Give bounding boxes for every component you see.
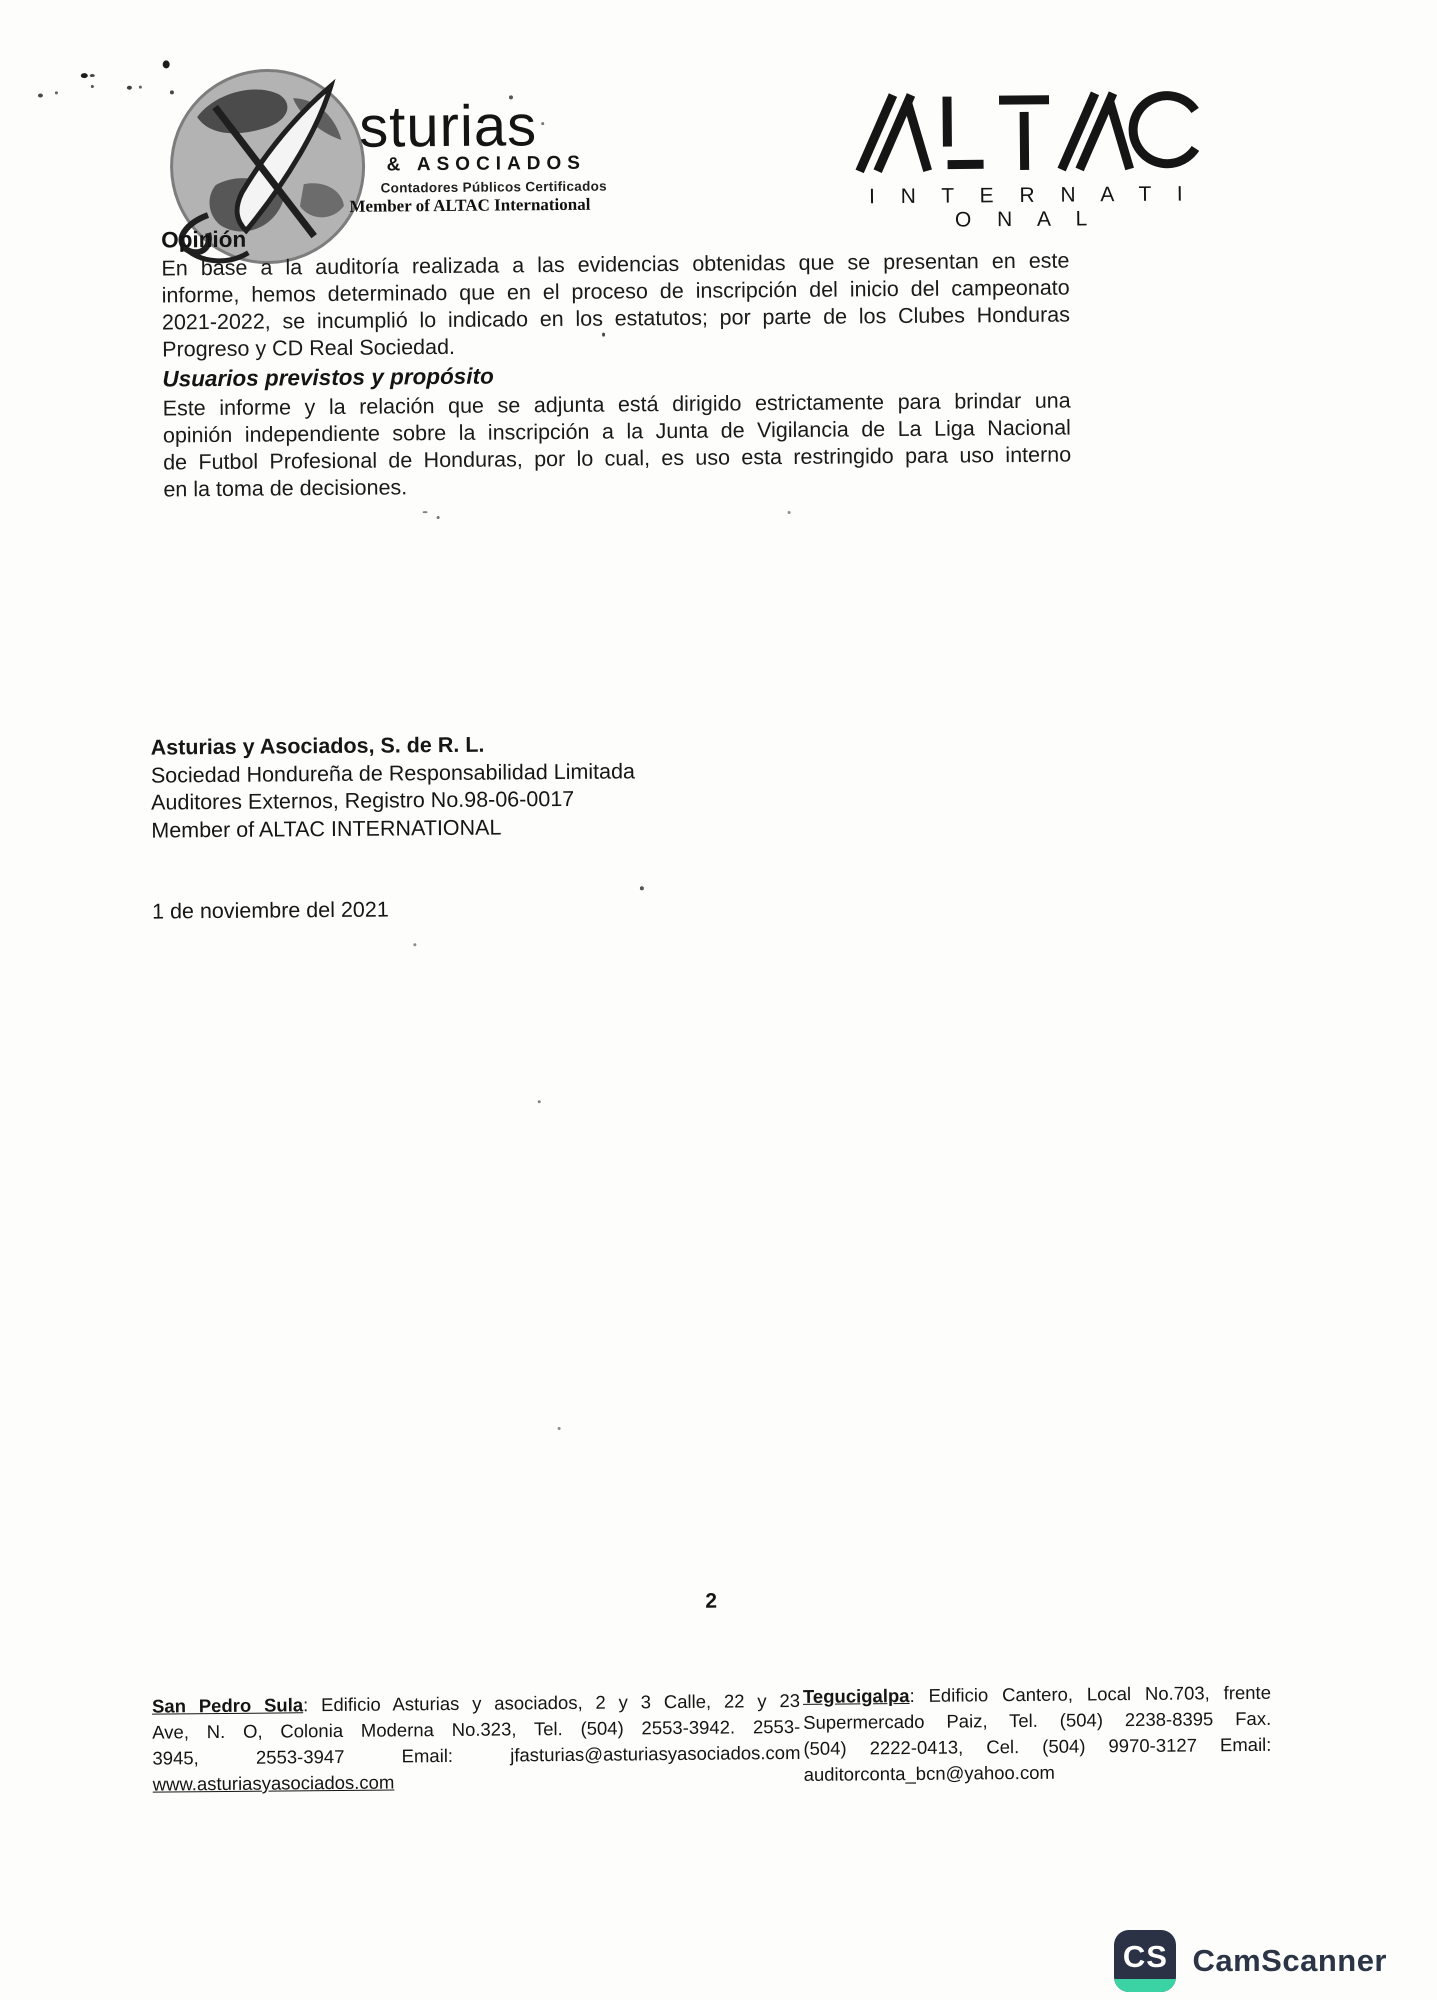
- footer-line: Tegucigalpa: Edificio Cantero, Local No.…: [803, 1680, 1271, 1710]
- scan-speck: [437, 516, 440, 519]
- scan-speck: [127, 86, 132, 90]
- signature-firm-name: Asturias y Asociados, S. de R. L.: [151, 730, 635, 762]
- asturias-tagline: Contadores Públicos Certificados: [344, 178, 644, 196]
- footer-city-label: Tegucigalpa: [803, 1685, 910, 1707]
- scan-speck: [541, 122, 544, 125]
- scan-speck: [38, 93, 43, 97]
- document-scan: sturias & ASOCIADOS Contadores Públicos …: [0, 0, 1437, 2000]
- document-date: 1 de noviembre del 2021: [152, 898, 389, 925]
- usuarios-heading: Usuarios previstos y propósito: [162, 364, 494, 393]
- website-url: www.asturiasyasociados.com: [153, 1771, 395, 1794]
- scan-speck: [788, 511, 791, 514]
- scan-speck: [558, 1427, 561, 1430]
- footer-tegucigalpa: Tegucigalpa: Edificio Cantero, Local No.…: [803, 1680, 1272, 1788]
- opinion-heading: Opinión: [161, 227, 246, 254]
- asturias-subtitle: & ASOCIADOS: [386, 153, 586, 177]
- camscanner-icon-accent-strip: [1114, 1979, 1176, 1992]
- camscanner-icon-text: CS: [1114, 1930, 1176, 1984]
- scan-speck: [91, 85, 94, 88]
- signature-line: Auditores Externos, Registro No.98-06-00…: [151, 785, 635, 817]
- scanned-document-page: { "header": { "asturias": { "wordmark": …: [0, 0, 1437, 2000]
- footer-city-label: San Pedro Sula: [152, 1694, 303, 1716]
- scan-speck: [139, 86, 142, 89]
- asturias-membership: Member of ALTAC International: [290, 194, 650, 217]
- camscanner-label: CamScanner: [1192, 1943, 1387, 1979]
- altac-logo-icon: [851, 84, 1200, 177]
- scan-speck: [55, 91, 58, 94]
- camscanner-badge: CS CamScanner: [1114, 1928, 1387, 1994]
- signature-line: Sociedad Hondureña de Responsabilidad Li…: [151, 758, 635, 790]
- scan-speck: [90, 74, 95, 77]
- footer-line: (504) 2222-0413, Cel. (504) 9970-3127 Em…: [803, 1732, 1271, 1762]
- footer-line: Supermercado Paiz, Tel. (504) 2238-8395 …: [803, 1706, 1271, 1736]
- camscanner-icon: CS: [1114, 1930, 1176, 1992]
- footer-text: : Edificio Asturias y asociados, 2 y 3 C…: [303, 1690, 800, 1715]
- signature-block: Asturias y Asociados, S. de R. L. Socied…: [151, 730, 636, 844]
- scan-speck: [423, 511, 428, 513]
- scan-speck: [640, 886, 644, 890]
- footer-email: auditorconta_bcn@yahoo.com: [804, 1758, 1272, 1788]
- footer-website: www.asturiasyasociados.com: [153, 1766, 801, 1798]
- scan-speck: [538, 1100, 541, 1103]
- altac-subtitle: I N T E R N A T I O N A L: [840, 182, 1212, 233]
- scan-speck: [413, 943, 416, 946]
- asturias-wordmark: sturias: [359, 92, 537, 161]
- footer-san-pedro-sula: San Pedro Sula: Edificio Asturias y asoc…: [152, 1688, 801, 1798]
- signature-line: Member of ALTAC INTERNATIONAL: [151, 813, 635, 845]
- footer-text: : Edificio Cantero, Local No.703, frente: [909, 1682, 1271, 1706]
- opinion-paragraph: En base a la auditoría realizada a las e…: [161, 248, 1070, 364]
- usuarios-paragraph: Este informe y la relación que se adjunt…: [163, 388, 1072, 504]
- page-number: 2: [696, 1590, 726, 1614]
- scan-speck: [81, 73, 88, 78]
